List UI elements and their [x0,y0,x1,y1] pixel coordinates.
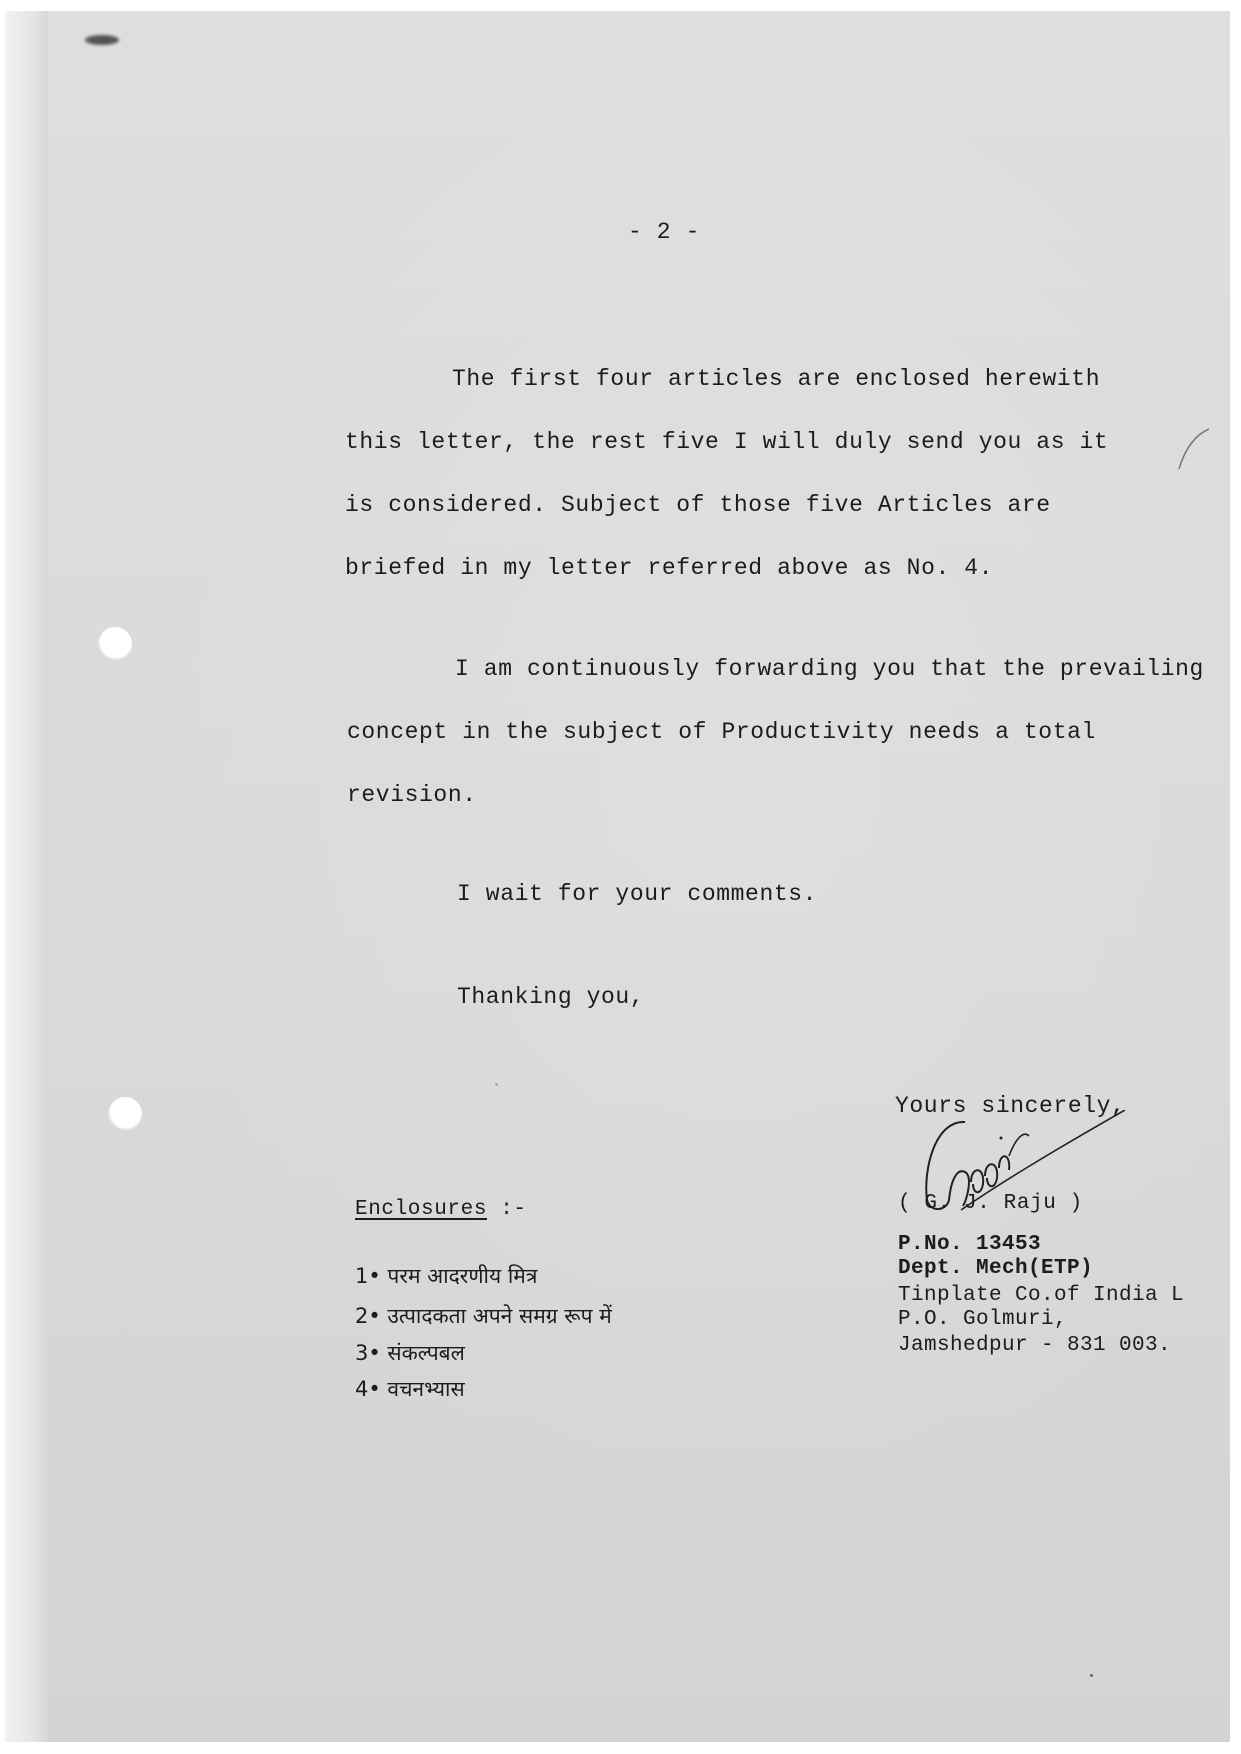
paragraph1-line4: briefed in my letter referred above as N… [345,555,993,581]
closing: Thanking you, [457,984,644,1010]
ink-blot [85,35,119,45]
paragraph3: I wait for your comments. [457,881,817,907]
page-number: - 2 - [628,219,700,245]
address-line-dept: Dept. Mech(ETP) [898,1257,1093,1280]
pen-mark [1175,425,1215,475]
speck [1090,1674,1093,1677]
punch-hole-top [98,627,132,661]
paper-edge [5,11,48,1742]
paragraph2-line1: I am continuously forwarding you that th… [455,656,1204,682]
enclosure-item-4: 4• वचनभ्यास [355,1375,465,1403]
signatory-name: ( G. J. Raju ) [898,1192,1083,1215]
paragraph2-line2: concept in the subject of Productivity n… [347,719,1096,745]
enclosures-heading-suffix: :- [487,1198,527,1221]
enclosures-heading-label: Enclosures [355,1198,487,1221]
address-line-company: Tinplate Co.of India L [898,1284,1184,1307]
address-line-city: Jamshedpur - 831 003. [898,1334,1171,1357]
enclosure-item-2: 2• उत्पादकता अपने समग्र रूप में [355,1302,612,1330]
punch-hole-bottom [108,1097,142,1131]
enclosures-heading: Enclosures :- [355,1198,527,1221]
enclosure-item-3: 3• संकल्पबल [355,1339,465,1367]
paragraph1-line2: this letter, the rest five I will duly s… [345,429,1108,455]
address-line-po: P.O. Golmuri, [898,1308,1067,1331]
enclosure-item-1: 1• परम आदरणीय मित्र [355,1262,537,1290]
paragraph1-line3: is considered. Subject of those five Art… [345,492,1051,518]
letter-page [5,11,1230,1742]
paragraph1-line1: The first four articles are enclosed her… [452,366,1100,392]
paragraph2-line3: revision. [347,782,477,808]
address-line-pno: P.No. 13453 [898,1233,1041,1256]
speck [495,1083,498,1086]
